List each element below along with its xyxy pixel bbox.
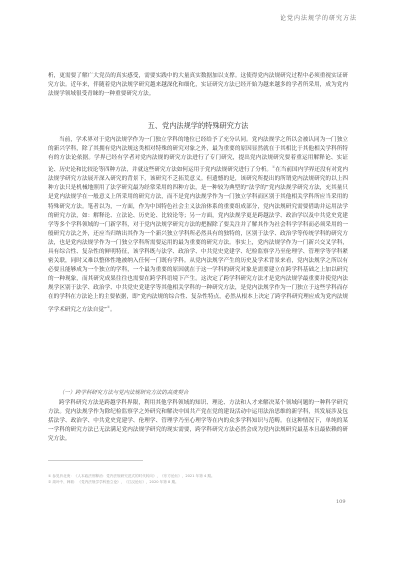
page-number: 109 xyxy=(336,499,346,505)
paragraph-section-body: 当前，学术界对于党内法规学作为一门独立学科的地位已经给予了充分认同。党内法规学之… xyxy=(48,136,348,315)
paragraph-subsection-body: 跨学科研究方法是跨越学科界限，利用其他学科领域的知识、理论、方法和人才来解决某个… xyxy=(48,399,348,444)
running-header: 论党内法规学的研究方法 xyxy=(280,13,357,22)
paragraph-text: 在当前国内学界还没有对党内法规学研究方法展开深入研究的背景下，该研究不乏拓荒意义… xyxy=(48,167,348,312)
footnote-2: ② 周叶中、韩莉：《党内法规学学科独立论》，《江汉论坛》，2020 年第 8 期… xyxy=(48,479,215,485)
document-page: 论党内法规学的研究方法 析，更需要了解广大党员的真实感受，需要实践中的大量真实数… xyxy=(0,0,396,561)
footnotes: ① 参见肖北庚：《人本政法刑释治：党内法规研究范式的时代转向》，《东方论坛》，2… xyxy=(48,473,215,485)
subsection-title: （一）跨学科研究方法与党内法规研究方法的高度契合 xyxy=(59,388,188,396)
paragraph-intro-continuation: 析，更需要了解广大党员的真实感受，需要实践中的大量真实数据加以支撑。这使得党内法… xyxy=(48,72,348,99)
section-title: 五、党内法规学的特殊研究方法 xyxy=(0,121,396,131)
paragraph-text: 。 xyxy=(110,306,116,312)
footnote-divider xyxy=(48,460,143,461)
